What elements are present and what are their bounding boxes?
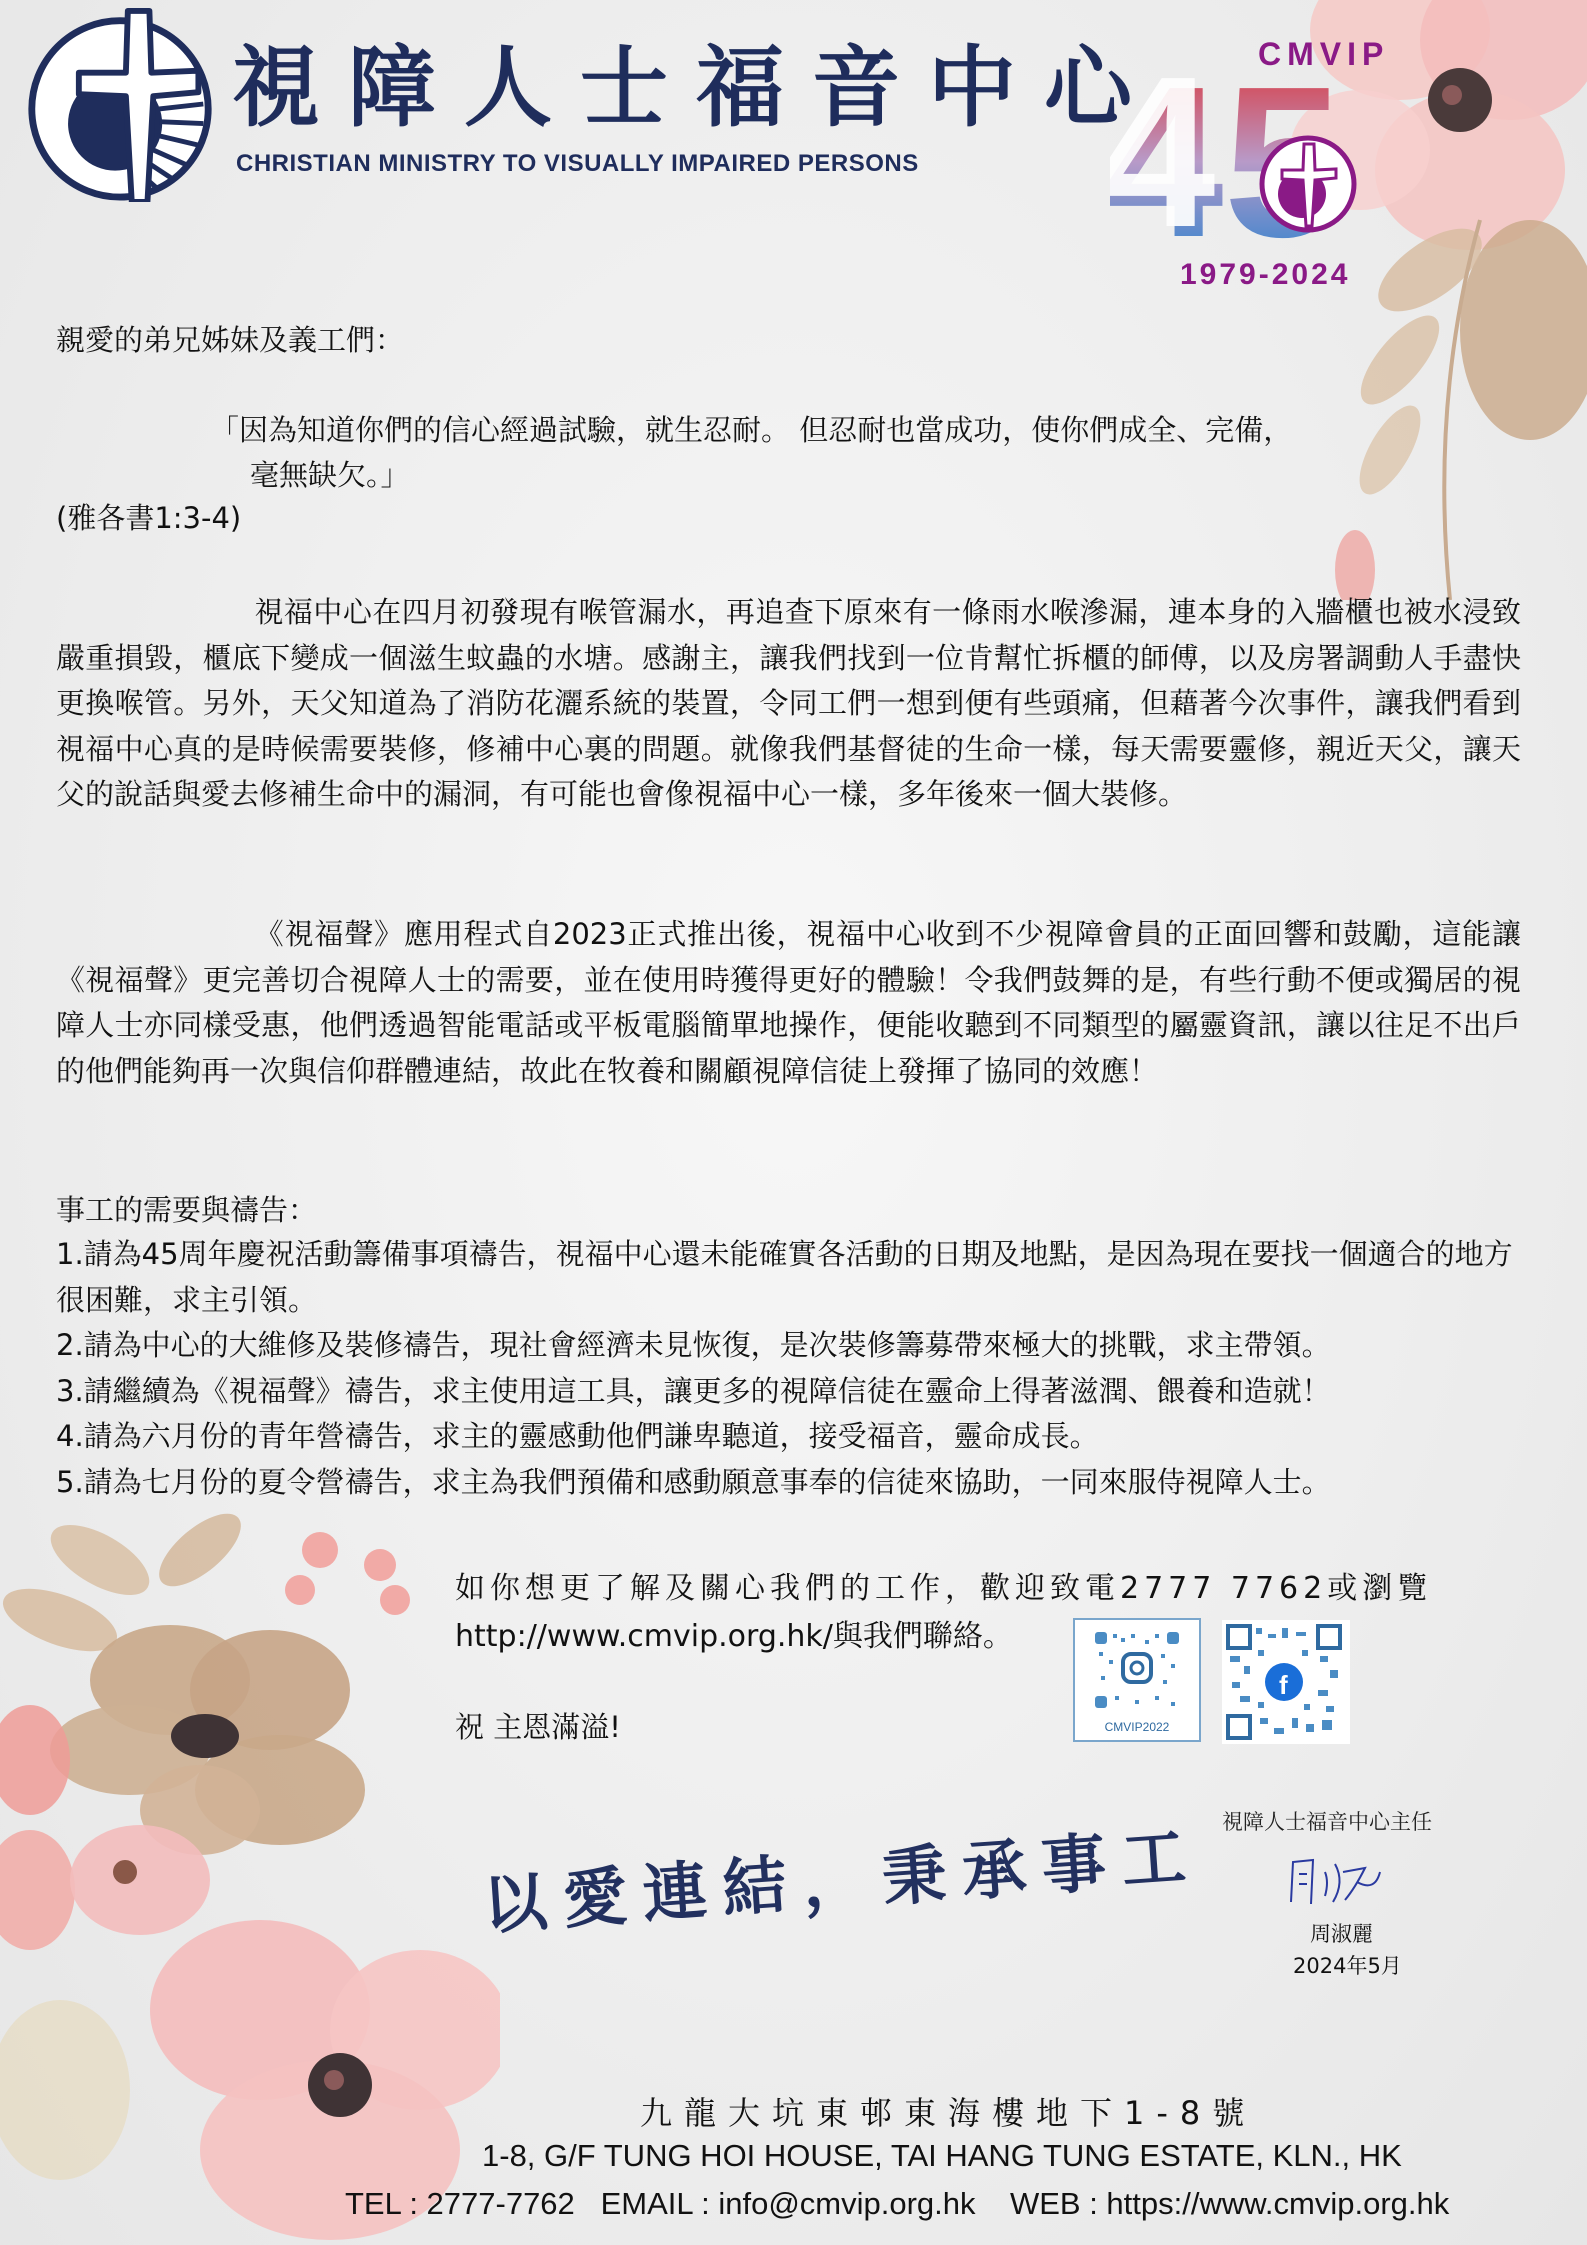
signature-name: 周淑麗 <box>1310 1918 1373 1948</box>
anniversary-logo: CMVIP 45 4 1979-2024 <box>1110 30 1410 300</box>
org-name-en: CHRISTIAN MINISTRY TO VISUALLY IMPAIRED … <box>236 150 919 178</box>
cmvip-logo-icon <box>22 6 218 202</box>
paragraph-1-text: 視福中心在四月初發現有喉管漏水，再追查下原來有一條雨水喉滲漏，連本身的入牆櫃也被… <box>56 595 1521 811</box>
anniversary-45-icon: 45 4 <box>1110 66 1410 256</box>
org-name-zh: 視障人士福音中心 <box>232 44 1160 132</box>
website-link[interactable]: http://www.cmvip.org.hk/與我們聯絡。 <box>455 1613 1515 1661</box>
contact-line-1: 如你想更了解及關心我們的工作，歡迎致電2777 7762或瀏覽 <box>455 1565 1515 1613</box>
svg-text:f: f <box>1279 1670 1288 1700</box>
address-en: 1-8, G/F TUNG HOI HOUSE, TAI HANG TUNG E… <box>482 2138 1402 2174</box>
prayer-title: 事工的需要與禱告： <box>56 1188 317 1233</box>
motto: 以愛連結，秉承事工 <box>480 1805 1205 1947</box>
paragraph-2-text: 《視福聲》應用程式自2023正式推出後，視福中心收到不少視障會員的正面回響和鼓勵… <box>56 917 1521 1088</box>
flower-decoration-bottom-left <box>0 1490 500 2245</box>
facebook-qr-code[interactable]: f <box>1222 1620 1350 1744</box>
paragraph-2: 《視福聲》應用程式自2023正式推出後，視福中心收到不少視障會員的正面回響和鼓勵… <box>56 912 1521 1094</box>
qr-label: CMVIP2022 <box>1075 1720 1199 1734</box>
scripture-quote: 「因為知道你們的信心經過試驗，就生忍耐。 但忍耐也當成功，使你們成全、完備， 毫… <box>210 408 1460 498</box>
blessing: 祝 主恩滿溢! <box>455 1705 621 1746</box>
prayer-item: 5.請為七月份的夏令營禱告，求主為我們預備和感動願意事奉的信徒來協助，一同來服侍… <box>56 1460 1526 1506</box>
signature-date: 2024年5月 <box>1293 1950 1402 1980</box>
qr-pattern-icon: f <box>1222 1620 1346 1744</box>
svg-text:4: 4 <box>1110 66 1216 256</box>
paragraph-1: 視福中心在四月初發現有喉管漏水，再追查下原來有一條雨水喉滲漏，連本身的入牆櫃也被… <box>56 590 1521 818</box>
verse-reference: (雅各書1:3-4) <box>56 496 241 541</box>
prayer-item: 3.請繼續為《視福聲》禱告，求主使用這工具，讓更多的視障信徒在靈命上得著滋潤、餵… <box>56 1369 1526 1415</box>
contact-info: 如你想更了解及關心我們的工作，歡迎致電2777 7762或瀏覽 http://w… <box>455 1565 1515 1661</box>
handwritten-signature-icon <box>1285 1852 1385 1912</box>
quote-line-2: 毫無缺欠。」 <box>210 453 1460 498</box>
qr-pattern-icon <box>1075 1620 1199 1720</box>
prayer-item: 1.請為45周年慶祝活動籌備事項禱告，視福中心還未能確實各活動的日期及地點，是因… <box>56 1232 1526 1323</box>
prayer-item: 2.請為中心的大維修及裝修禱告，現社會經濟未見恢復，是次裝修籌募帶來極大的挑戰，… <box>56 1323 1526 1369</box>
greeting: 親愛的弟兄姊妹及義工們： <box>56 318 404 363</box>
quote-line-1: 「因為知道你們的信心經過試驗，就生忍耐。 但忍耐也當成功，使你們成全、完備， <box>210 413 1292 447</box>
signature-title: 視障人士福音中心主任 <box>1222 1806 1432 1836</box>
prayer-item: 4.請為六月份的青年營禱告，求主的靈感動他們謙卑聽道，接受福音，靈命成長。 <box>56 1414 1526 1460</box>
instagram-qr-code[interactable]: CMVIP2022 <box>1073 1618 1201 1742</box>
prayer-list: 1.請為45周年慶祝活動籌備事項禱告，視福中心還未能確實各活動的日期及地點，是因… <box>56 1232 1526 1505</box>
anniversary-years: 1979-2024 <box>1180 258 1350 292</box>
footer-contact: TEL : 2777-7762 EMAIL : info@cmvip.org.h… <box>345 2186 1449 2222</box>
instagram-icon <box>1123 1654 1151 1682</box>
address-zh: 九龍大坑東邨東海樓地下1-8號 <box>640 2088 1256 2134</box>
